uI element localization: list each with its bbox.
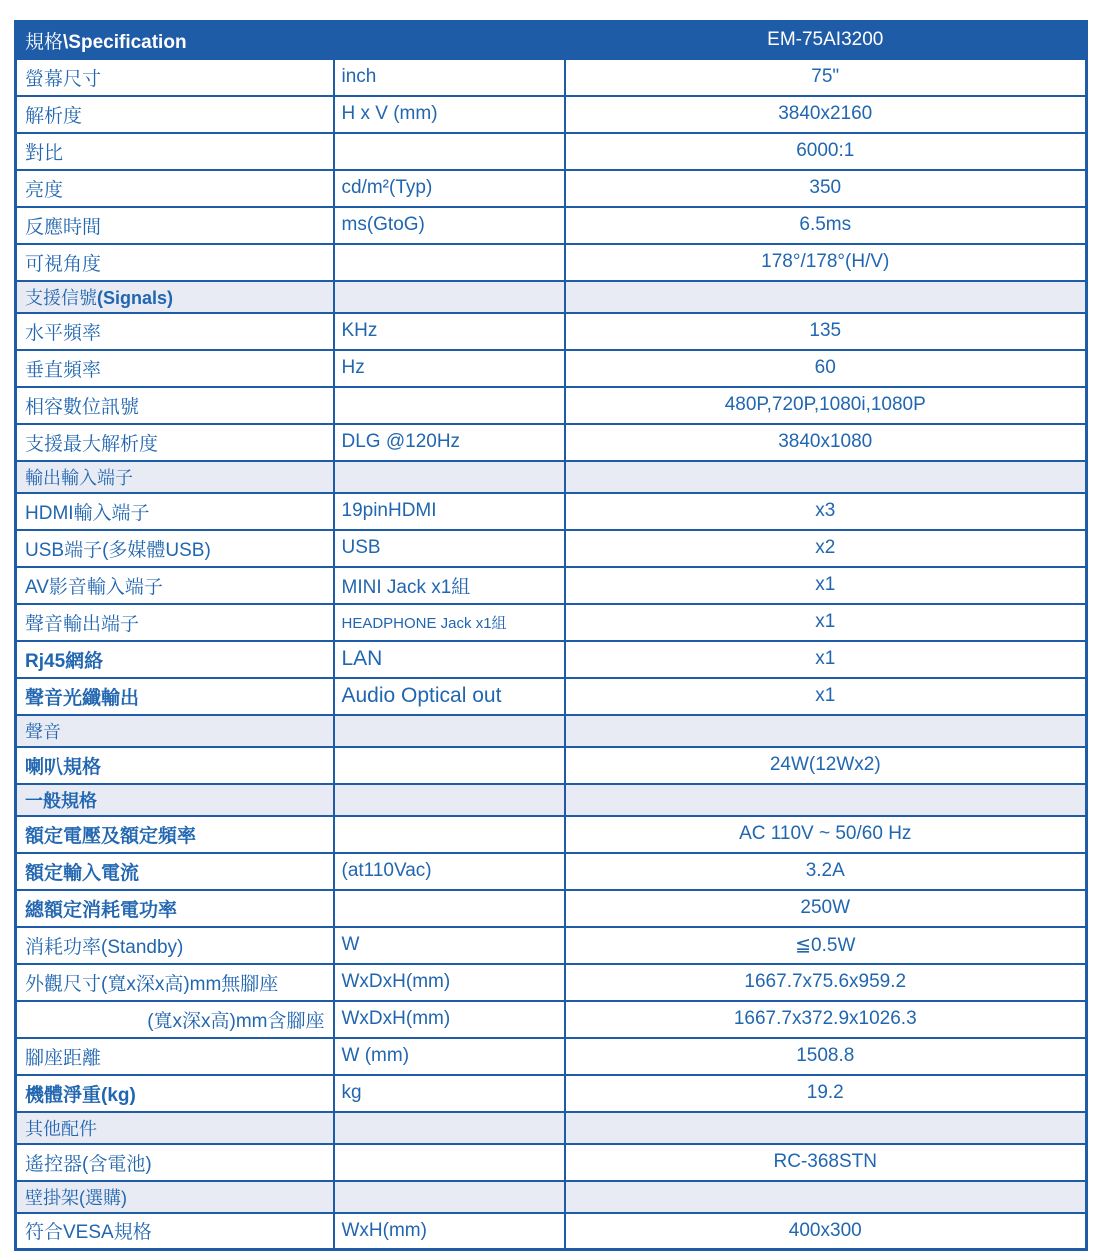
table-row: 消耗功率(Standby)W≦0.5W bbox=[16, 927, 1087, 964]
table-row: 符合VESA規格WxH(mm)400x300 bbox=[16, 1213, 1087, 1250]
spec-value bbox=[565, 281, 1087, 313]
spec-label-text: 符合VESA規格 bbox=[25, 1222, 152, 1243]
spec-unit bbox=[334, 1144, 565, 1181]
table-row: 機體淨重(kg)kg19.2 bbox=[16, 1075, 1087, 1112]
spec-label: 反應時間 bbox=[16, 207, 334, 244]
spec-label-text: 聲音輸出端子 bbox=[25, 614, 139, 635]
spec-unit bbox=[334, 387, 565, 424]
spec-label-text: 機體淨重(kg) bbox=[25, 1085, 136, 1106]
spec-label-text: 聲音 bbox=[25, 722, 61, 742]
spec-unit: DLG @120Hz bbox=[334, 424, 565, 461]
table-row: 支援最大解析度DLG @120Hz3840x1080 bbox=[16, 424, 1087, 461]
spec-label: 遙控器(含電池) bbox=[16, 1144, 334, 1181]
spec-label-text: Rj45網絡 bbox=[25, 651, 103, 672]
table-row: 螢幕尺寸inch75" bbox=[16, 59, 1087, 96]
spec-label: 額定電壓及額定頻率 bbox=[16, 816, 334, 853]
spec-unit bbox=[334, 1181, 565, 1213]
spec-label: 額定輸入電流 bbox=[16, 853, 334, 890]
spec-value: 6000:1 bbox=[565, 133, 1087, 170]
spec-label: 喇叭規格 bbox=[16, 747, 334, 784]
table-row: 遙控器(含電池)RC-368STN bbox=[16, 1144, 1087, 1181]
section-row: 聲音 bbox=[16, 715, 1087, 747]
spec-unit: Hz bbox=[334, 350, 565, 387]
spec-label: 支援信號(Signals) bbox=[16, 281, 334, 313]
table-row: 喇叭規格24W(12Wx2) bbox=[16, 747, 1087, 784]
header-spec-title: 規格\Specification bbox=[16, 22, 334, 59]
spec-value: 350 bbox=[565, 170, 1087, 207]
table-row: 相容數位訊號480P,720P,1080i,1080P bbox=[16, 387, 1087, 424]
table-row: 反應時間ms(GtoG)6.5ms bbox=[16, 207, 1087, 244]
spec-label-text: 解析度 bbox=[25, 106, 82, 127]
spec-value: x1 bbox=[565, 567, 1087, 604]
spec-unit: 19pinHDMI bbox=[334, 493, 565, 530]
spec-value: 1667.7x372.9x1026.3 bbox=[565, 1001, 1087, 1038]
spec-label-text: HDMI輸入端子 bbox=[25, 503, 150, 524]
spec-value bbox=[565, 784, 1087, 816]
spec-value: x1 bbox=[565, 641, 1087, 678]
spec-value: x1 bbox=[565, 678, 1087, 715]
spec-label: 消耗功率(Standby) bbox=[16, 927, 334, 964]
spec-label: 對比 bbox=[16, 133, 334, 170]
spec-label-text: 額定電壓及額定頻率 bbox=[25, 826, 196, 847]
spec-unit bbox=[334, 816, 565, 853]
spec-value: 1667.7x75.6x959.2 bbox=[565, 964, 1087, 1001]
spec-label: 解析度 bbox=[16, 96, 334, 133]
spec-label: AV影音輸入端子 bbox=[16, 567, 334, 604]
spec-label-text: 支援最大解析度 bbox=[25, 434, 158, 455]
spec-label-text: AV影音輸入端子 bbox=[25, 577, 163, 598]
spec-label: HDMI輸入端子 bbox=[16, 493, 334, 530]
table-row: 對比6000:1 bbox=[16, 133, 1087, 170]
spec-label: 水平頻率 bbox=[16, 313, 334, 350]
spec-unit bbox=[334, 244, 565, 281]
section-row: 支援信號(Signals) bbox=[16, 281, 1087, 313]
spec-label-text: 水平頻率 bbox=[25, 323, 101, 344]
spec-label-suffix: (Signals) bbox=[97, 288, 173, 308]
table-row: 解析度H x V (mm)3840x2160 bbox=[16, 96, 1087, 133]
spec-value: 3.2A bbox=[565, 853, 1087, 890]
spec-label-text: (寬x深x高)mm含腳座 bbox=[147, 1011, 324, 1032]
header-model-name: EM-75AI3200 bbox=[565, 22, 1087, 59]
spec-unit bbox=[334, 461, 565, 493]
table-row: 可視角度178°/178°(H/V) bbox=[16, 244, 1087, 281]
section-row: 輸出輸入端子 bbox=[16, 461, 1087, 493]
table-row: 水平頻率KHz135 bbox=[16, 313, 1087, 350]
spec-label: 其他配件 bbox=[16, 1112, 334, 1144]
table-row: 額定電壓及額定頻率AC 110V ~ 50/60 Hz bbox=[16, 816, 1087, 853]
spec-value: 400x300 bbox=[565, 1213, 1087, 1250]
section-row: 其他配件 bbox=[16, 1112, 1087, 1144]
spec-unit: WxDxH(mm) bbox=[334, 964, 565, 1001]
spec-value: ≦0.5W bbox=[565, 927, 1087, 964]
spec-label-text: 壁掛架(選購) bbox=[25, 1188, 127, 1208]
spec-label-text: USB端子(多媒體USB) bbox=[25, 540, 211, 561]
spec-unit: KHz bbox=[334, 313, 565, 350]
spec-label: 螢幕尺寸 bbox=[16, 59, 334, 96]
spec-value: x3 bbox=[565, 493, 1087, 530]
table-row: 聲音輸出端子HEADPHONE Jack x1組x1 bbox=[16, 604, 1087, 641]
spec-unit bbox=[334, 1112, 565, 1144]
spec-unit: USB bbox=[334, 530, 565, 567]
spec-label-text: 一般規格 bbox=[25, 791, 97, 811]
spec-unit: W (mm) bbox=[334, 1038, 565, 1075]
table-row: 額定輸入電流(at110Vac)3.2A bbox=[16, 853, 1087, 890]
header-spec-bold: \Specification bbox=[63, 32, 187, 53]
spec-value: 3840x2160 bbox=[565, 96, 1087, 133]
table-row: AV影音輸入端子MINI Jack x1組x1 bbox=[16, 567, 1087, 604]
spec-label-text: 消耗功率(Standby) bbox=[25, 937, 183, 958]
spec-unit: LAN bbox=[334, 641, 565, 678]
table-row: USB端子(多媒體USB)USBx2 bbox=[16, 530, 1087, 567]
table-row: HDMI輸入端子19pinHDMIx3 bbox=[16, 493, 1087, 530]
spec-value: 1508.8 bbox=[565, 1038, 1087, 1075]
spec-unit bbox=[334, 133, 565, 170]
spec-value bbox=[565, 1181, 1087, 1213]
spec-label-text: 總額定消耗電功率 bbox=[25, 900, 177, 921]
spec-label: 輸出輸入端子 bbox=[16, 461, 334, 493]
spec-unit: ms(GtoG) bbox=[334, 207, 565, 244]
spec-unit: (at110Vac) bbox=[334, 853, 565, 890]
spec-unit bbox=[334, 281, 565, 313]
spec-label-text: 額定輸入電流 bbox=[25, 863, 139, 884]
table-row: 垂直頻率Hz60 bbox=[16, 350, 1087, 387]
spec-label: 腳座距離 bbox=[16, 1038, 334, 1075]
section-row: 一般規格 bbox=[16, 784, 1087, 816]
spec-label: 符合VESA規格 bbox=[16, 1213, 334, 1250]
table-header-row: 規格\Specification EM-75AI3200 bbox=[16, 22, 1087, 59]
spec-unit bbox=[334, 715, 565, 747]
spec-label: 機體淨重(kg) bbox=[16, 1075, 334, 1112]
spec-unit: HEADPHONE Jack x1組 bbox=[334, 604, 565, 641]
spec-value: AC 110V ~ 50/60 Hz bbox=[565, 816, 1087, 853]
spec-value bbox=[565, 1112, 1087, 1144]
spec-label-text: 可視角度 bbox=[25, 254, 101, 275]
spec-label-text: 相容數位訊號 bbox=[25, 397, 139, 418]
spec-label-text: 聲音光纖輸出 bbox=[25, 688, 139, 709]
spec-value: 480P,720P,1080i,1080P bbox=[565, 387, 1087, 424]
section-row: 壁掛架(選購) bbox=[16, 1181, 1087, 1213]
table-row: (寬x深x高)mm含腳座WxDxH(mm)1667.7x372.9x1026.3 bbox=[16, 1001, 1087, 1038]
spec-value: 60 bbox=[565, 350, 1087, 387]
spec-label: Rj45網絡 bbox=[16, 641, 334, 678]
spec-label: 聲音輸出端子 bbox=[16, 604, 334, 641]
spec-value: 3840x1080 bbox=[565, 424, 1087, 461]
spec-label-text: 其他配件 bbox=[25, 1119, 97, 1139]
table-row: 外觀尺寸(寬x深x高)mm無腳座WxDxH(mm)1667.7x75.6x959… bbox=[16, 964, 1087, 1001]
spec-unit bbox=[334, 784, 565, 816]
spec-label-text: 輸出輸入端子 bbox=[25, 468, 133, 488]
spec-label: (寬x深x高)mm含腳座 bbox=[16, 1001, 334, 1038]
spec-value: RC-368STN bbox=[565, 1144, 1087, 1181]
spec-value: x2 bbox=[565, 530, 1087, 567]
spec-unit: WxH(mm) bbox=[334, 1213, 565, 1250]
spec-unit: Audio Optical out bbox=[334, 678, 565, 715]
spec-value bbox=[565, 461, 1087, 493]
spec-label-text: 反應時間 bbox=[25, 217, 101, 238]
spec-value: 178°/178°(H/V) bbox=[565, 244, 1087, 281]
table-row: 亮度cd/m²(Typ)350 bbox=[16, 170, 1087, 207]
spec-value: 6.5ms bbox=[565, 207, 1087, 244]
spec-label: USB端子(多媒體USB) bbox=[16, 530, 334, 567]
spec-label-text: 腳座距離 bbox=[25, 1048, 101, 1069]
spec-value: 75" bbox=[565, 59, 1087, 96]
table-row: 總額定消耗電功率250W bbox=[16, 890, 1087, 927]
spec-value: 19.2 bbox=[565, 1075, 1087, 1112]
table-row: Rj45網絡LANx1 bbox=[16, 641, 1087, 678]
spec-unit bbox=[334, 747, 565, 784]
spec-label: 亮度 bbox=[16, 170, 334, 207]
spec-value bbox=[565, 715, 1087, 747]
spec-unit: H x V (mm) bbox=[334, 96, 565, 133]
spec-label: 外觀尺寸(寬x深x高)mm無腳座 bbox=[16, 964, 334, 1001]
spec-label-text: 外觀尺寸(寬x深x高)mm無腳座 bbox=[25, 974, 278, 995]
spec-unit: W bbox=[334, 927, 565, 964]
spec-value: 24W(12Wx2) bbox=[565, 747, 1087, 784]
spec-value: 250W bbox=[565, 890, 1087, 927]
spec-label-text: 遙控器(含電池) bbox=[25, 1154, 152, 1175]
spec-label-text: 垂直頻率 bbox=[25, 360, 101, 381]
spec-unit: MINI Jack x1組 bbox=[334, 567, 565, 604]
spec-label-text: 喇叭規格 bbox=[25, 757, 101, 778]
table-body: 螢幕尺寸inch75"解析度H x V (mm)3840x2160對比6000:… bbox=[16, 59, 1087, 1250]
spec-label: 垂直頻率 bbox=[16, 350, 334, 387]
table-row: 腳座距離W (mm)1508.8 bbox=[16, 1038, 1087, 1075]
spec-label: 聲音 bbox=[16, 715, 334, 747]
spec-unit bbox=[334, 890, 565, 927]
specification-table: 規格\Specification EM-75AI3200 螢幕尺寸inch75"… bbox=[14, 20, 1088, 1251]
spec-label: 支援最大解析度 bbox=[16, 424, 334, 461]
table-row: 聲音光纖輸出Audio Optical outx1 bbox=[16, 678, 1087, 715]
spec-label: 一般規格 bbox=[16, 784, 334, 816]
spec-unit: cd/m²(Typ) bbox=[334, 170, 565, 207]
spec-label: 可視角度 bbox=[16, 244, 334, 281]
spec-unit: WxDxH(mm) bbox=[334, 1001, 565, 1038]
header-spec-prefix: 規格 bbox=[25, 32, 63, 53]
spec-value: x1 bbox=[565, 604, 1087, 641]
spec-label-text: 亮度 bbox=[25, 180, 63, 201]
spec-label-text: 對比 bbox=[25, 143, 63, 164]
spec-label-text: 螢幕尺寸 bbox=[25, 69, 101, 90]
spec-value: 135 bbox=[565, 313, 1087, 350]
spec-label: 聲音光纖輸出 bbox=[16, 678, 334, 715]
header-unit-column bbox=[334, 22, 565, 59]
spec-label: 總額定消耗電功率 bbox=[16, 890, 334, 927]
spec-label-text: 支援信號 bbox=[25, 288, 97, 308]
spec-label: 相容數位訊號 bbox=[16, 387, 334, 424]
spec-unit: kg bbox=[334, 1075, 565, 1112]
spec-label: 壁掛架(選購) bbox=[16, 1181, 334, 1213]
spec-unit: inch bbox=[334, 59, 565, 96]
